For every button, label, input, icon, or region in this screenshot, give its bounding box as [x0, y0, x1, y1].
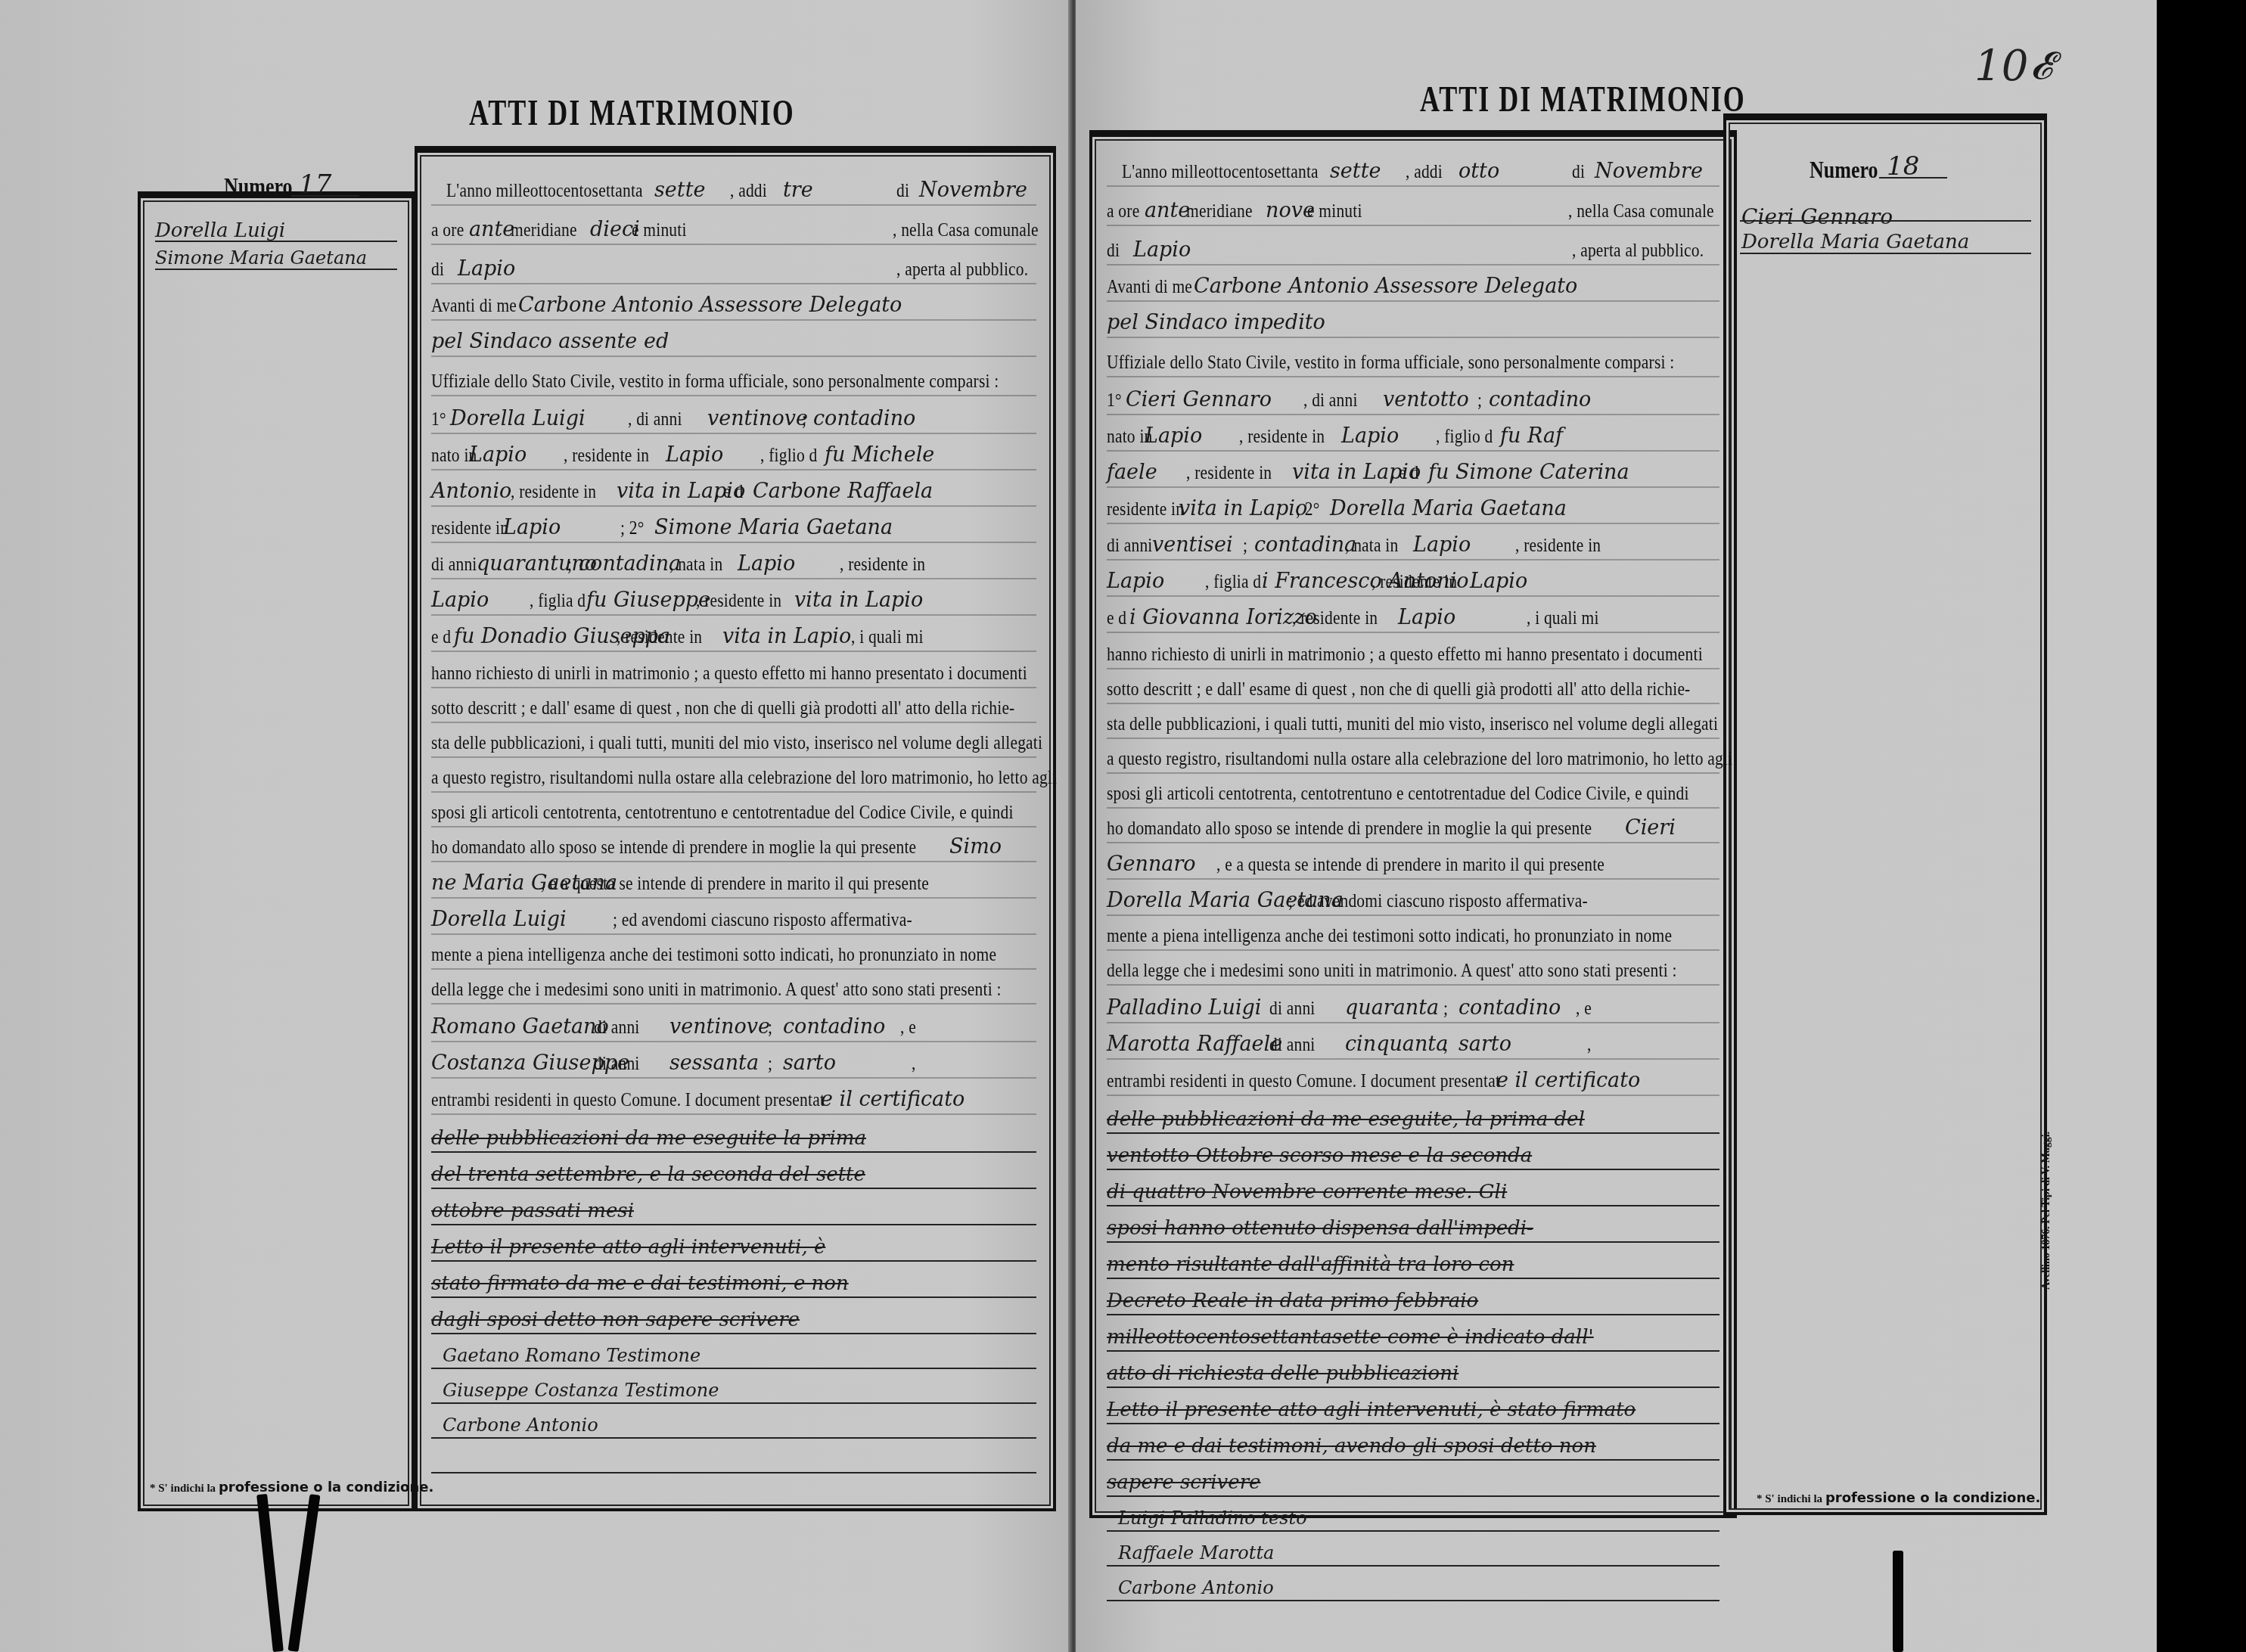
margin-name: Dorella Maria Gaetana	[1741, 231, 1969, 253]
form-text: , residente in	[1186, 462, 1272, 485]
form-text: ;	[768, 1053, 772, 1076]
form-rule	[1107, 1132, 1719, 1134]
form-rule	[1107, 1314, 1719, 1315]
form-rule	[431, 1003, 1036, 1005]
form-rule	[1107, 914, 1719, 916]
form-rule	[1107, 632, 1719, 633]
margin-name: Simone Maria Gaetana	[155, 247, 367, 269]
form-text: hanno richiesto di unirli in matrimonio …	[431, 663, 1027, 685]
form-rule	[431, 1402, 1036, 1404]
ribbon-bookmark	[256, 1494, 284, 1652]
form-rule	[431, 356, 1036, 357]
handwritten-entry: faele	[1107, 461, 1157, 484]
form-text: meridiane	[511, 219, 577, 242]
handwritten-note: mento risultante dall'affinità tra loro …	[1107, 1253, 1514, 1276]
ribbon-bookmark	[288, 1494, 321, 1652]
handwritten-entry: Marotta Raffaele	[1107, 1032, 1282, 1056]
form-rule	[1107, 842, 1719, 843]
form-rule	[431, 469, 1036, 470]
form-text: di	[431, 259, 444, 281]
form-text: e minuti	[1307, 200, 1362, 223]
handwritten-entry: pel Sindaco assente ed	[431, 330, 669, 353]
form-rule	[1107, 1495, 1719, 1497]
handwritten-note: sapere scrivere	[1107, 1471, 1261, 1494]
form-rule	[431, 204, 1036, 206]
handwritten-entry: ventinove	[707, 407, 808, 430]
signature: Carbone Antonio	[443, 1414, 598, 1436]
form-text: , e a questa se intende di prendere in m…	[541, 873, 929, 896]
page-number-annotation: 10	[1974, 42, 2028, 91]
form-text: , i quali mi	[851, 626, 924, 649]
form-rule	[1107, 1350, 1719, 1352]
form-rule	[1107, 414, 1719, 415]
form-text: e minuti	[632, 219, 687, 242]
handwritten-entry: fu Simone Caterina	[1428, 461, 1629, 484]
handwritten-entry: Cieri Gennaro	[1126, 388, 1272, 411]
page-title: ATTI DI MATRIMONIO	[1420, 78, 1746, 121]
form-text: di anni	[1107, 535, 1153, 557]
handwritten-entry: Lapio	[431, 588, 489, 612]
form-rule	[431, 578, 1036, 579]
form-rule	[1107, 737, 1719, 739]
form-text: mente a piena intelligenza anche dei tes…	[431, 944, 996, 967]
form-rule	[431, 395, 1036, 396]
form-rule	[1107, 337, 1719, 338]
handwritten-entry: ventotto	[1383, 388, 1469, 411]
handwritten-entry: Carbone Antonio Assessore Delegato	[1194, 275, 1577, 298]
form-text: 1°	[1107, 390, 1122, 412]
form-rule	[431, 791, 1036, 793]
form-text: , residente in	[1372, 571, 1457, 594]
form-rule	[1107, 1058, 1719, 1060]
form-text: L'anno milleottocentosettanta	[446, 180, 643, 203]
form-text: e d	[431, 626, 451, 649]
handwritten-entry: sarto	[783, 1051, 836, 1075]
form-text: a questo registro, risultandomi nulla os…	[431, 767, 1057, 790]
form-text: ; 2°	[1296, 498, 1320, 521]
handwritten-entry: Lapio	[1398, 606, 1455, 629]
form-text: sotto descritt ; e dall' esame di quest …	[431, 697, 1014, 720]
form-text: residente in	[431, 517, 508, 540]
handwritten-entry: Novembre	[919, 179, 1027, 202]
form-text: ho domandato allo sposo se intende di pr…	[1107, 818, 1592, 840]
form-rule	[1107, 984, 1719, 986]
form-text: di anni	[1269, 1034, 1316, 1057]
handwritten-entry: sette	[654, 179, 706, 202]
handwritten-entry: Dorella Maria Gaetana	[1330, 497, 1567, 520]
handwritten-entry: quaranta	[1345, 996, 1439, 1020]
handwritten-entry: vita in Lapio	[722, 625, 851, 648]
handwritten-entry: contadina	[1254, 533, 1356, 557]
numero-label: Numero	[1810, 156, 1878, 185]
handwritten-entry: Lapio	[469, 443, 527, 467]
form-text: ;	[567, 554, 572, 576]
form-rule	[431, 651, 1036, 652]
margin-name: Dorella Luigi	[155, 219, 285, 242]
form-text: , residente in	[696, 590, 781, 613]
form-rule	[1107, 1278, 1719, 1279]
form-text: di anni	[594, 1053, 640, 1076]
form-text: della legge che i medesimi sono uniti in…	[431, 979, 1002, 1001]
footnote-emph: professione o la condizione.	[219, 1480, 433, 1495]
numero-label: Numero	[224, 172, 293, 201]
form-text: , e	[1576, 998, 1592, 1020]
form-text: , e d	[715, 481, 743, 504]
handwritten-entry: contadino	[1489, 388, 1591, 411]
form-text: a ore	[431, 219, 464, 242]
form-text: , i quali mi	[1527, 607, 1599, 630]
form-text: , figlia d	[1205, 571, 1261, 594]
margin-rule	[155, 269, 397, 270]
form-text: ;	[1243, 535, 1247, 557]
form-text: ,	[912, 1053, 916, 1076]
form-text: entrambi residenti in questo Comune. I d…	[431, 1089, 825, 1112]
handwritten-entry: Lapio	[1107, 570, 1164, 593]
form-rule	[1107, 486, 1719, 488]
form-rule	[431, 1041, 1036, 1042]
handwritten-entry: pel Sindaco impedito	[1107, 311, 1325, 334]
form-rule	[431, 542, 1036, 543]
form-rule	[1107, 1565, 1719, 1567]
form-text: , di anni	[628, 408, 682, 431]
handwritten-note: ventotto Ottobre scorso mese e la second…	[1107, 1144, 1532, 1167]
form-rule	[431, 1188, 1036, 1189]
handwritten-entry: Dorella Luigi	[450, 407, 586, 430]
handwritten-note: atto di richiesta delle pubblicazioni	[1107, 1362, 1459, 1385]
handwritten-entry: Antonio	[431, 480, 511, 503]
form-rule	[1107, 949, 1719, 951]
form-text: di	[1572, 161, 1585, 184]
form-rule	[1107, 376, 1719, 377]
form-rule	[431, 968, 1036, 970]
form-rule	[431, 722, 1036, 723]
form-text: di anni	[431, 554, 477, 576]
form-text: , di anni	[1303, 390, 1358, 412]
form-text: ;	[1477, 390, 1482, 412]
handwritten-entry: sette	[1330, 160, 1381, 183]
handwritten-entry: Romano Gaetano	[431, 1015, 609, 1039]
form-rule	[1107, 523, 1719, 524]
handwritten-entry: Lapio	[1470, 570, 1527, 593]
handwritten-entry: i Giovanna Iorizzo	[1129, 606, 1317, 629]
scan-border	[2157, 0, 2246, 1652]
form-rule	[1107, 185, 1719, 187]
handwritten-entry: vita in Lapio	[1179, 497, 1307, 520]
handwritten-entry: vita in Lapio	[794, 588, 923, 612]
form-text: , residente in	[1239, 426, 1325, 449]
form-text: sposi gli articoli centotrenta, centotre…	[1107, 783, 1689, 806]
handwritten-note: sposi hanno ottenuto dispensa dall'imped…	[1107, 1217, 1533, 1240]
form-text: , nella Casa comunale	[1568, 200, 1714, 223]
handwritten-entry: fu Giuseppe	[586, 588, 710, 612]
margin-box	[1723, 113, 2047, 1515]
form-text: L'anno milleottocentosettanta	[1122, 161, 1319, 184]
form-text: a questo registro, risultandomi nulla os…	[1107, 748, 1732, 771]
form-rule	[1107, 1205, 1719, 1206]
form-rule	[1107, 703, 1719, 704]
handwritten-note: milleottocentosettantasette come è indic…	[1107, 1326, 1594, 1349]
page-title: ATTI DI MATRIMONIO	[469, 92, 795, 135]
form-text: , addi	[730, 180, 767, 203]
form-text: , figlio d	[1436, 426, 1493, 449]
handwritten-entry: ventisei	[1152, 533, 1233, 557]
form-rule	[431, 1368, 1036, 1369]
handwritten-entry: Lapio	[1413, 533, 1471, 557]
handwritten-entry: contadino	[783, 1015, 885, 1039]
form-rule	[431, 897, 1036, 899]
form-text: , residente in	[511, 481, 596, 504]
handwritten-entry: Palladino Luigi	[1107, 996, 1261, 1020]
handwritten-note: ottobre passati mesi	[431, 1200, 634, 1222]
form-rule	[1107, 225, 1719, 226]
form-text: ;	[768, 1017, 772, 1039]
handwritten-note: Decreto Reale in data primo febbraio	[1107, 1290, 1478, 1312]
form-rule	[1107, 300, 1719, 302]
form-rule	[431, 283, 1036, 284]
form-text: entrambi residenti in questo Comune. I d…	[1107, 1070, 1500, 1093]
margin-name: Cieri Gennaro	[1741, 204, 1893, 229]
form-text: sta delle pubblicazioni, i quali tutti, …	[431, 732, 1042, 755]
form-rule	[1107, 668, 1719, 669]
signature: Giuseppe Costanza Testimone	[443, 1380, 719, 1401]
form-text: Avanti di me	[431, 295, 517, 318]
handwritten-entry: ante	[469, 218, 514, 241]
handwritten-note: stato firmato da me e dai testimoni, e n…	[431, 1272, 849, 1295]
form-rule	[1107, 1386, 1719, 1388]
form-text: , residente in	[840, 554, 925, 576]
form-text: Uffiziale dello Stato Civile, vestito in…	[431, 371, 999, 393]
form-rule	[431, 756, 1036, 758]
form-text: di	[896, 180, 909, 203]
register-page-right: 10 𝓔 ATTI DI MATRIMONIO Numero 18 Cieri …	[1076, 0, 2157, 1652]
form-text: , residente in	[617, 626, 702, 649]
form-text: e d	[1107, 607, 1126, 630]
form-text: mente a piena intelligenza anche dei tes…	[1107, 925, 1672, 948]
handwritten-entry: Simo	[949, 835, 1002, 859]
form-rule	[431, 614, 1036, 616]
form-rule	[431, 319, 1036, 321]
form-rule	[1107, 772, 1719, 774]
form-rule	[431, 861, 1036, 862]
handwritten-entry: Simone Maria Gaetana	[654, 516, 893, 539]
form-text: , figlia d	[530, 590, 586, 613]
form-text: , nata in	[669, 554, 722, 576]
form-rule	[431, 1260, 1036, 1262]
form-rule	[431, 933, 1036, 935]
form-text: di anni	[594, 1017, 640, 1039]
form-text: , aperta al pubblico.	[1572, 240, 1704, 262]
form-rule	[1107, 1095, 1719, 1096]
handwritten-entry: tre	[783, 179, 813, 202]
handwritten-entry: otto	[1459, 160, 1499, 183]
form-rule	[431, 826, 1036, 828]
form-text: , residente in	[1292, 607, 1378, 630]
form-rule	[431, 1333, 1036, 1334]
printer-imprint: Avellino 1876. Pel Tipi di V. Maggi.	[2041, 1132, 2053, 1290]
handwritten-entry: Lapio	[1133, 238, 1191, 262]
form-rule	[431, 244, 1036, 245]
form-rule	[1107, 1423, 1719, 1424]
form-text: ;	[1443, 998, 1448, 1020]
handwritten-entry: contadina	[579, 552, 681, 576]
form-text: meridiane	[1186, 200, 1253, 223]
handwritten-note: delle pubblicazioni da me eseguite la pr…	[431, 1127, 866, 1150]
form-rule	[1107, 1022, 1719, 1023]
form-text: ho domandato allo sposo se intende di pr…	[431, 837, 916, 859]
form-rule	[431, 1472, 1036, 1473]
margin-rule	[155, 241, 397, 242]
form-rule	[1107, 450, 1719, 452]
handwritten-entry: Lapio	[666, 443, 723, 467]
form-rule	[1107, 264, 1719, 265]
handwritten-entry: Lapio	[1145, 424, 1202, 448]
handwritten-entry: fu Raf	[1500, 424, 1563, 448]
handwritten-note: dagli sposi detto non sapere scrivere	[431, 1309, 800, 1331]
handwritten-entry: Gennaro	[1107, 852, 1196, 876]
form-rule	[431, 1151, 1036, 1153]
handwritten-entry: e il certificato	[1496, 1069, 1640, 1092]
handwritten-entry: Lapio	[738, 552, 795, 576]
page-initials: 𝓔	[2030, 44, 2052, 88]
form-text: della legge che i medesimi sono uniti in…	[1107, 960, 1677, 983]
form-rule	[1107, 1241, 1719, 1243]
form-text: , e d	[1390, 462, 1418, 485]
form-text: ; ed avendomi ciascuno risposto affermat…	[1288, 890, 1588, 913]
form-text: ,	[1587, 1034, 1592, 1057]
handwritten-entry: Lapio	[458, 257, 515, 281]
form-rule	[1107, 1600, 1719, 1601]
form-rule	[1107, 1459, 1719, 1461]
footnote: * S' indichi la professione o la condizi…	[150, 1480, 433, 1495]
handwritten-entry: contadino	[1459, 996, 1561, 1020]
handwritten-entry: contadino	[813, 407, 915, 430]
form-rule	[431, 505, 1036, 507]
form-text: , figlio d	[760, 445, 817, 467]
form-text: , nata in	[1345, 535, 1398, 557]
form-text: Uffiziale dello Stato Civile, vestito in…	[1107, 352, 1674, 374]
form-rule	[431, 1113, 1036, 1115]
signature: Carbone Antonio	[1118, 1577, 1274, 1598]
form-text: sotto descritt ; e dall' esame di quest …	[1107, 678, 1690, 701]
margin-rule	[1740, 253, 2031, 254]
form-text: , residente in	[564, 445, 649, 467]
handwritten-entry: fu Michele	[825, 443, 934, 467]
handwritten-entry: Lapio	[503, 516, 561, 539]
handwritten-entry: Novembre	[1595, 160, 1703, 183]
form-text: di anni	[1269, 998, 1316, 1020]
numero-underline	[1879, 177, 1947, 179]
handwritten-note: delle pubblicazioni da me eseguite, la p…	[1107, 1108, 1585, 1131]
form-rule	[431, 687, 1036, 688]
form-text: ;	[1443, 1034, 1448, 1057]
margin-rule	[1740, 220, 2031, 222]
handwritten-note: Letto il presente atto agli intervenuti,…	[431, 1236, 825, 1259]
form-text: a ore	[1107, 200, 1139, 223]
signature: Gaetano Romano Testimone	[443, 1345, 701, 1366]
numero-underline	[291, 195, 359, 197]
register-page-left: ATTI DI MATRIMONIO Numero 17 Dorella Lui…	[0, 0, 1074, 1652]
handwritten-entry: ante	[1145, 199, 1190, 222]
handwritten-entry: Dorella Luigi	[431, 908, 567, 931]
form-text: hanno richiesto di unirli in matrimonio …	[1107, 644, 1703, 666]
form-rule	[431, 1224, 1036, 1225]
handwritten-entry: Lapio	[1341, 424, 1399, 448]
margin-box	[138, 191, 415, 1511]
handwritten-entry: sarto	[1459, 1032, 1511, 1056]
handwritten-note: del trenta settembre, e la seconda del s…	[431, 1163, 865, 1186]
form-rule	[1107, 1169, 1719, 1170]
form-text: sta delle pubblicazioni, i quali tutti, …	[1107, 713, 1718, 736]
footnote: * S' indichi la professione o la condizi…	[1757, 1490, 2040, 1506]
form-text: , addi	[1406, 161, 1443, 184]
form-text: , aperta al pubblico.	[896, 259, 1028, 281]
footnote-prefix: * S' indichi la	[150, 1483, 216, 1495]
handwritten-entry: Carbone Raffaela	[753, 480, 933, 503]
form-rule	[431, 1437, 1036, 1439]
form-rule	[1107, 1530, 1719, 1532]
form-text: , residente in	[1515, 535, 1601, 557]
form-text: , e a questa se intende di prendere in m…	[1216, 854, 1605, 877]
form-text: sposi gli articoli centotrenta, centotre…	[431, 802, 1014, 824]
form-rule	[1107, 595, 1719, 597]
form-text: 1°	[431, 408, 446, 431]
handwritten-entry: e il certificato	[821, 1088, 965, 1111]
form-text: ; ed avendomi ciascuno risposto affermat…	[613, 909, 912, 932]
handwritten-note: Letto il presente atto agli intervenuti,…	[1107, 1399, 1636, 1421]
form-rule	[431, 1296, 1036, 1298]
form-rule	[431, 1077, 1036, 1079]
handwritten-entry: cinquanta	[1345, 1032, 1448, 1056]
form-text: di	[1107, 240, 1120, 262]
signature: Raffaele Marotta	[1118, 1542, 1274, 1563]
form-rule	[431, 433, 1036, 434]
form-text: ;	[802, 408, 806, 431]
handwritten-entry: sessanta	[669, 1051, 759, 1075]
handwritten-entry: Carbone Antonio Assessore Delegato	[518, 293, 902, 317]
form-text: Avanti di me	[1107, 276, 1192, 299]
form-text: ; 2°	[620, 517, 645, 540]
form-text: , e	[900, 1017, 916, 1039]
handwritten-entry: Cieri	[1625, 816, 1676, 840]
handwritten-note: da me e dai testimoni, avendo gli sposi …	[1107, 1435, 1596, 1458]
form-text: , nella Casa comunale	[893, 219, 1039, 242]
footnote-emph: professione o la condizione.	[1825, 1490, 2040, 1506]
signature: Luigi Palladino testo	[1118, 1508, 1307, 1529]
footnote-prefix: * S' indichi la	[1757, 1493, 1822, 1505]
form-text: residente in	[1107, 498, 1184, 521]
handwritten-note: di quattro Novembre corrente mese. Gli	[1107, 1181, 1507, 1203]
ribbon-bookmark	[1893, 1551, 1903, 1652]
form-rule	[1107, 878, 1719, 880]
form-rule	[1107, 559, 1719, 560]
form-rule	[1107, 807, 1719, 809]
handwritten-entry: ventinove	[669, 1015, 770, 1039]
